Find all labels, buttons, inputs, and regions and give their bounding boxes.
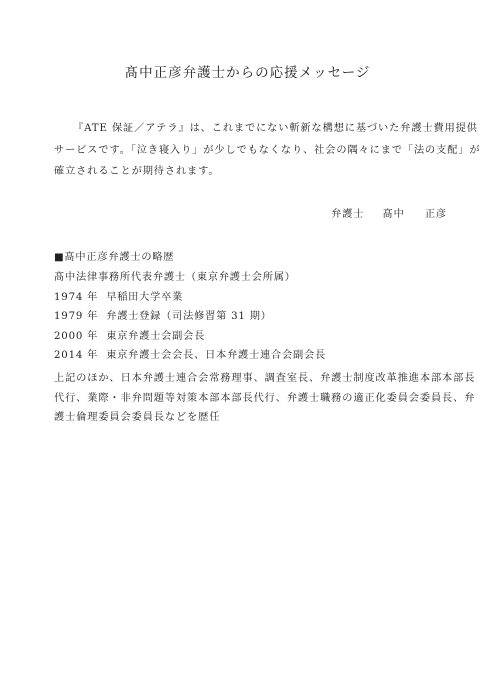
career-item: 髙中法律事務所代表弁護士（東京弁護士会所属） bbox=[54, 268, 326, 288]
document-page: 髙中正彦弁護士からの応援メッセージ 『ATE 保証／アテラ』は、これまでにない斬… bbox=[0, 0, 495, 700]
career-year: 1974 年 bbox=[54, 292, 98, 303]
remarks-line: 代行、業際・非弁問題等対策本部本部長代行、弁護士職務の適正化委員会委員長、弁 bbox=[54, 389, 446, 409]
page-title: 髙中正彦弁護士からの応援メッセージ bbox=[0, 64, 495, 82]
signature-given-name: 正彦 bbox=[425, 209, 447, 220]
remarks-line: 上記のほか、日本弁護士連合会常務理事、調査室長、弁護士制度改革推進本部本部長 bbox=[54, 369, 446, 389]
career-text: 東京弁護士会会長、日本弁護士連合会副会長 bbox=[106, 350, 326, 361]
remarks-line: 護士倫理委員会委員長などを歴任 bbox=[54, 408, 446, 428]
career-year: 2014 年 bbox=[54, 350, 98, 361]
career-list: 髙中法律事務所代表弁護士（東京弁護士会所属） 1974 年 早稲田大学卒業 19… bbox=[54, 268, 326, 366]
signature-role: 弁護士 bbox=[331, 209, 364, 220]
career-item: 2014 年 東京弁護士会会長、日本弁護士連合会副会長 bbox=[54, 346, 326, 366]
career-item: 2000 年 東京弁護士会副会長 bbox=[54, 327, 326, 347]
intro-line: 『ATE 保証／アテラ』は、これまでにない斬新な構想に基づいた弁護士費用提供 bbox=[54, 118, 446, 140]
career-year: 2000 年 bbox=[54, 331, 98, 342]
remarks-paragraph: 上記のほか、日本弁護士連合会常務理事、調査室長、弁護士制度改革推進本部本部長 代… bbox=[54, 369, 446, 428]
career-heading: ■髙中正彦弁護士の略歴 bbox=[54, 248, 174, 263]
career-year: 1979 年 bbox=[54, 311, 98, 322]
intro-paragraph: 『ATE 保証／アテラ』は、これまでにない斬新な構想に基づいた弁護士費用提供 サ… bbox=[54, 118, 446, 183]
career-text: 東京弁護士会副会長 bbox=[106, 331, 205, 342]
signature-family-name: 髙中 bbox=[382, 209, 404, 220]
intro-line: 確立されることが期待されます。 bbox=[54, 161, 446, 183]
career-text: 髙中法律事務所代表弁護士（東京弁護士会所属） bbox=[54, 272, 296, 283]
career-item: 1979 年 弁護士登録（司法修習第 31 期） bbox=[54, 307, 326, 327]
signature: 弁護士 髙中 正彦 bbox=[321, 205, 447, 220]
career-text: 弁護士登録（司法修習第 31 期） bbox=[106, 311, 271, 322]
career-text: 早稲田大学卒業 bbox=[106, 292, 183, 303]
intro-line: サービスです。「泣き寝入り」が少しでもなくなり、社会の隅々にまで「法の支配」が bbox=[54, 140, 446, 162]
career-item: 1974 年 早稲田大学卒業 bbox=[54, 288, 326, 308]
